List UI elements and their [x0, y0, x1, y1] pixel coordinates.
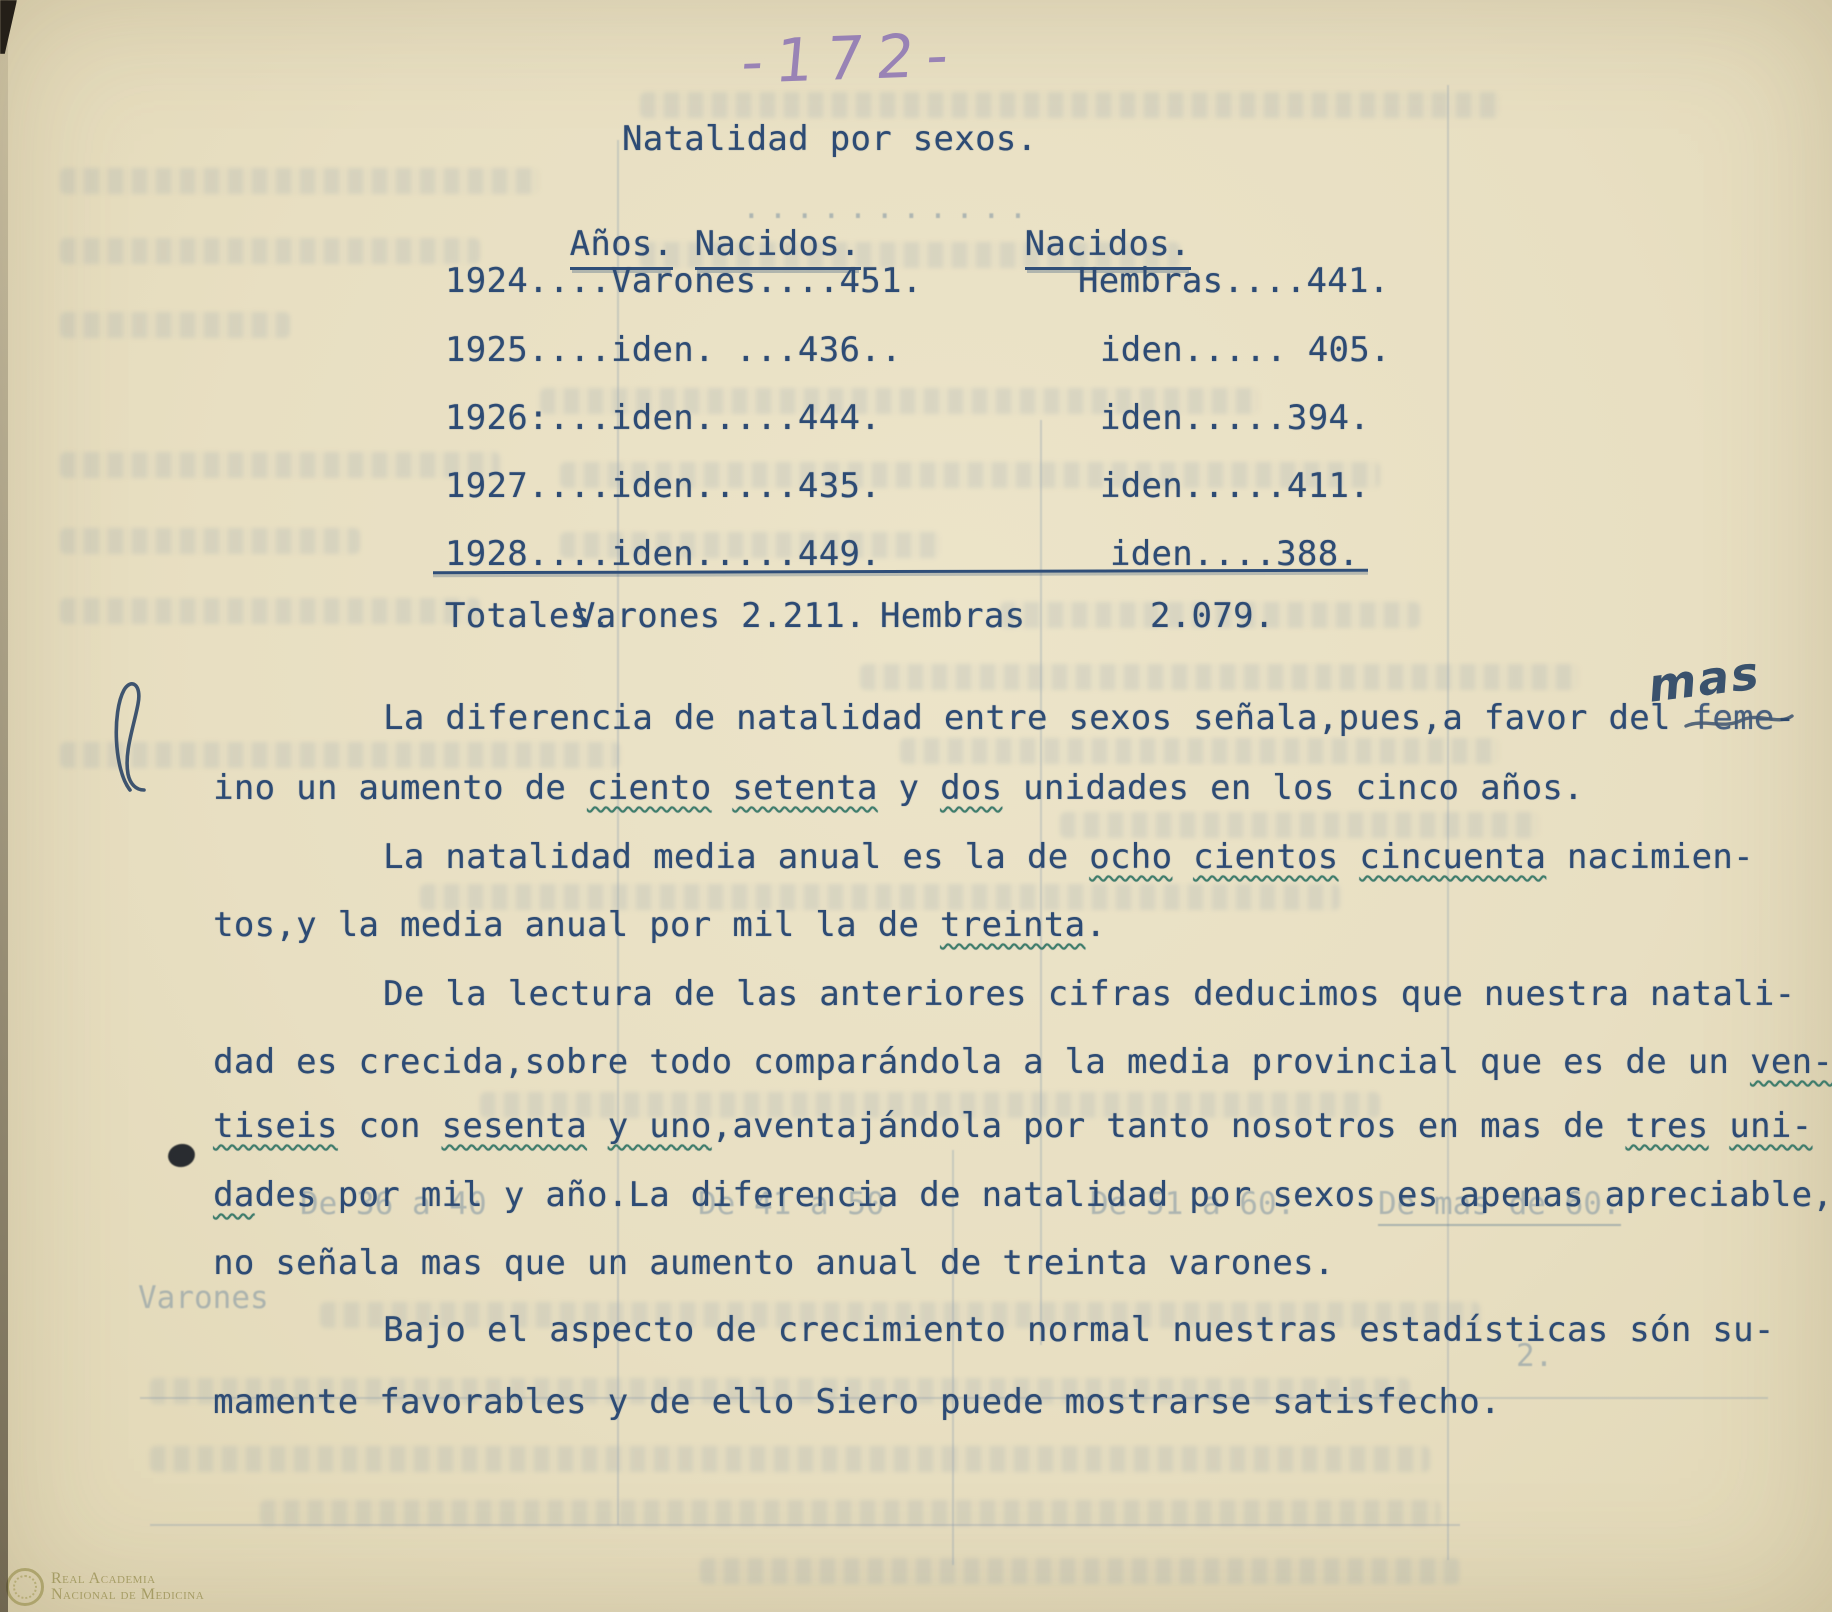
- ghost-streak: [60, 452, 500, 478]
- emphasis-underline: cincuenta: [1359, 837, 1546, 877]
- watermark-line1: Real Academia: [51, 1570, 156, 1587]
- table-row-female: Hembras....441.: [1078, 262, 1390, 301]
- ghost-streak: [60, 238, 480, 264]
- table-row-male: iden.....449.: [611, 535, 881, 574]
- laurel-emblem-icon: [6, 1568, 44, 1606]
- body-text: -: [1775, 698, 1796, 738]
- table-row-year: 1928....: [445, 535, 611, 574]
- paragraph-line: mamente favorables y de ello Siero puede…: [130, 1344, 1501, 1461]
- table-row-male: iden.....444.: [611, 399, 881, 438]
- ghost-streak: [260, 1500, 1440, 1526]
- page-title: Natalidad por sexos.: [622, 120, 1037, 159]
- ghost-streak: [60, 528, 360, 554]
- table-row-year: 1924....: [445, 262, 611, 301]
- table-row-male: iden.....435.: [611, 467, 881, 506]
- table-row-female: iden..... 405.: [1100, 331, 1391, 370]
- table-row-male: iden. ...436..: [611, 331, 902, 370]
- ghost-streak: [60, 312, 290, 338]
- table-row-female: iden.....411.: [1100, 467, 1370, 506]
- totals-female: Hembras 2.079.: [880, 597, 1275, 636]
- table-row-year: 1927....: [445, 467, 611, 506]
- emphasis-underline: cientos: [1193, 837, 1338, 877]
- ghost-horizontal-rule: [150, 1524, 1460, 1526]
- table-row-year: 1926:...: [445, 399, 611, 438]
- scanned-document-page: ........... De 36 a 40 De 41 a 50 De 51 …: [0, 0, 1832, 1612]
- table-row-year: 1925....: [445, 331, 611, 370]
- ghost-streak: [700, 1558, 1460, 1584]
- page-edge-left: [0, 0, 8, 1612]
- watermark-text: Real AcademiaNacional de Medicina: [51, 1571, 204, 1603]
- table-row-male: Varones....451.: [611, 262, 923, 301]
- page-corner-shadow: [0, 0, 17, 54]
- ghost-streak: [60, 598, 480, 624]
- watermark-line2: Nacional de Medicina: [51, 1586, 204, 1603]
- table-row-female: iden.....394.: [1100, 399, 1370, 438]
- watermark: Real AcademiaNacional de Medicina: [6, 1568, 204, 1606]
- handwritten-page-number: -172-: [739, 20, 964, 98]
- totals-male: Varones 2.211.: [575, 597, 866, 636]
